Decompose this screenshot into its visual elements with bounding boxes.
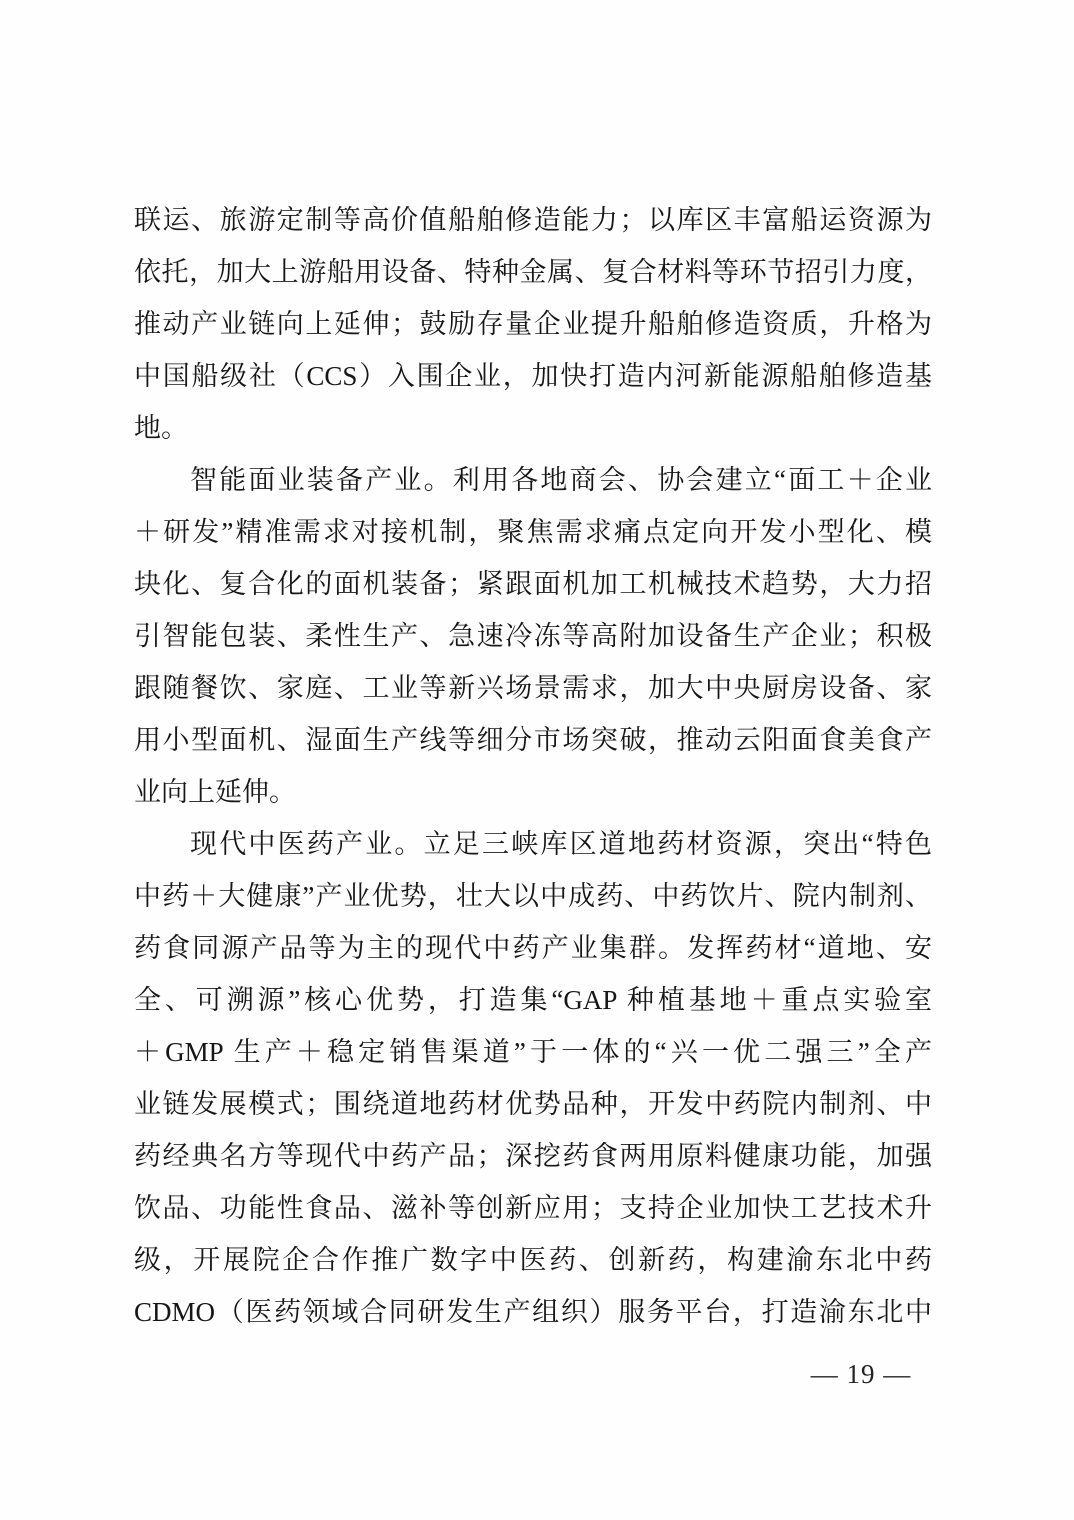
text-line: 全、可溯源”核心优势，打造集“GAP 种植基地＋重点实验室 — [134, 974, 932, 1026]
text-line: 药经典名方等现代中药产品；深挖药食两用原料健康功能，加强 — [134, 1130, 932, 1182]
text-line: 业链发展模式；围绕道地药材优势品种，开发中药院内制剂、中 — [134, 1078, 932, 1130]
text-line: 引智能包装、柔性生产、急速冷冻等高附加设备生产企业；积极 — [134, 610, 932, 662]
text-line: 用小型面机、湿面生产线等细分市场突破，推动云阳面食美食产 — [134, 714, 932, 766]
paragraph: 联运、旅游定制等高价值船舶修造能力；以库区丰富船运资源为依托，加大上游船用设备、… — [134, 194, 932, 454]
document-body: 联运、旅游定制等高价值船舶修造能力；以库区丰富船运资源为依托，加大上游船用设备、… — [134, 194, 932, 1338]
text-line: CDMO（医药领域合同研发生产组织）服务平台，打造渝东北中 — [134, 1286, 932, 1338]
text-line: 依托，加大上游船用设备、特种金属、复合材料等环节招引力度， — [134, 246, 932, 298]
text-line: ＋研发”精准需求对接机制，聚焦需求痛点定向开发小型化、模 — [134, 506, 932, 558]
text-line: 块化、复合化的面机装备；紧跟面机加工机械技术趋势，大力招 — [134, 558, 932, 610]
text-line: 业向上延伸。 — [134, 766, 932, 818]
text-line: 地。 — [134, 402, 932, 454]
document-page: 联运、旅游定制等高价值船舶修造能力；以库区丰富船运资源为依托，加大上游船用设备、… — [0, 0, 1074, 1520]
text-line: 现代中医药产业。立足三峡库区道地药材资源，突出“特色 — [134, 818, 932, 870]
text-line: 饮品、功能性食品、滋补等创新应用；支持企业加快工艺技术升 — [134, 1182, 932, 1234]
paragraph: 现代中医药产业。立足三峡库区道地药材资源，突出“特色中药＋大健康”产业优势，壮大… — [134, 818, 932, 1338]
text-line: 药食同源产品等为主的现代中药产业集群。发挥药材“道地、安 — [134, 922, 932, 974]
text-line: ＋GMP 生产＋稳定销售渠道”于一体的“兴一优二强三”全产 — [134, 1026, 932, 1078]
page-number: — 19 — — [811, 1359, 912, 1389]
text-line: 推动产业链向上延伸；鼓励存量企业提升船舶修造资质，升格为 — [134, 298, 932, 350]
text-line: 智能面业装备产业。利用各地商会、协会建立“面工＋企业 — [134, 454, 932, 506]
text-line: 联运、旅游定制等高价值船舶修造能力；以库区丰富船运资源为 — [134, 194, 932, 246]
paragraph: 智能面业装备产业。利用各地商会、协会建立“面工＋企业＋研发”精准需求对接机制，聚… — [134, 454, 932, 818]
page-footer: — 19 — — [796, 1352, 926, 1396]
text-line: 中国船级社（CCS）入围企业，加快打造内河新能源船舶修造基 — [134, 350, 932, 402]
text-line: 跟随餐饮、家庭、工业等新兴场景需求，加大中央厨房设备、家 — [134, 662, 932, 714]
text-line: 级，开展院企合作推广数字中医药、创新药，构建渝东北中药 — [134, 1234, 932, 1286]
text-line: 中药＋大健康”产业优势，壮大以中成药、中药饮片、院内制剂、 — [134, 870, 932, 922]
